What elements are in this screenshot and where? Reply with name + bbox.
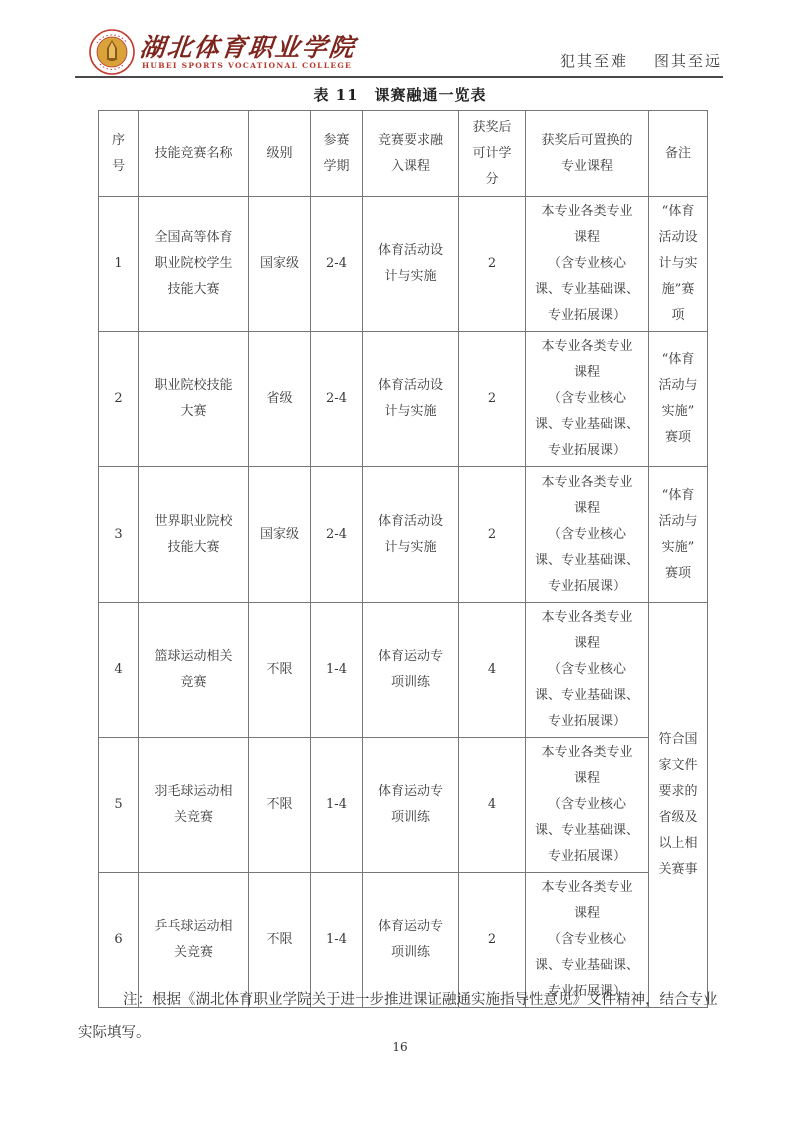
cell-course: 体育活动设 计与实施 bbox=[363, 467, 459, 603]
college-logo bbox=[88, 28, 136, 76]
logo-emblem-icon bbox=[88, 28, 136, 76]
col-header-credits: 获奖后 可计学 分 bbox=[459, 111, 526, 197]
header-row: 序 号 技能竞赛名称 级别 参赛 学期 竞赛要求融 入课程 获奖后 可计学 分 … bbox=[99, 111, 708, 197]
cell-replaceable-courses: 本专业各类专业 课程 （含专业核心 课、专业基础课、 专业拓展课） bbox=[526, 467, 649, 603]
table-row: 4 篮球运动相关 竞赛 不限 1-4 体育运动专 项训练 4 本专业各类专业 课… bbox=[99, 603, 708, 738]
cell-no: 2 bbox=[99, 332, 139, 467]
cell-course: 体育活动设 计与实施 bbox=[363, 197, 459, 332]
cell-no: 3 bbox=[99, 467, 139, 603]
cell-no: 4 bbox=[99, 603, 139, 738]
cell-credits: 2 bbox=[459, 197, 526, 332]
cell-level: 不限 bbox=[249, 603, 311, 738]
cell-competition-name: 篮球运动相关 竞赛 bbox=[139, 603, 249, 738]
col-header-course: 竞赛要求融 入课程 bbox=[363, 111, 459, 197]
cell-course: 体育运动专 项训练 bbox=[363, 603, 459, 738]
motto-right: 图其至远 bbox=[654, 52, 722, 70]
col-header-remark: 备注 bbox=[649, 111, 708, 197]
cell-credits: 2 bbox=[459, 467, 526, 603]
cell-level: 省级 bbox=[249, 332, 311, 467]
col-header-no: 序 号 bbox=[99, 111, 139, 197]
cell-course: 体育运动专 项训练 bbox=[363, 738, 459, 873]
col-header-semester: 参赛 学期 bbox=[311, 111, 363, 197]
cell-credits: 4 bbox=[459, 603, 526, 738]
table-row: 1 全国高等体育 职业院校学生 技能大赛 国家级 2-4 体育活动设 计与实施 … bbox=[99, 197, 708, 332]
cell-remark: “体育 活动与 实施” 赛项 bbox=[649, 467, 708, 603]
cell-no: 1 bbox=[99, 197, 139, 332]
cell-semester: 2-4 bbox=[311, 467, 363, 603]
cell-semester: 1-4 bbox=[311, 738, 363, 873]
college-name-english: HUBEI SPORTS VOCATIONAL COLLEGE bbox=[142, 61, 352, 70]
col-header-replaceable-courses: 获奖后可置换的 专业课程 bbox=[526, 111, 649, 197]
table-row: 2 职业院校技能 大赛 省级 2-4 体育活动设 计与实施 2 本专业各类专业 … bbox=[99, 332, 708, 467]
cell-credits: 4 bbox=[459, 738, 526, 873]
cell-semester: 2-4 bbox=[311, 197, 363, 332]
cell-competition-name: 羽毛球运动相 关竞赛 bbox=[139, 738, 249, 873]
cell-level: 国家级 bbox=[249, 197, 311, 332]
header-divider bbox=[75, 76, 723, 78]
cell-replaceable-courses: 本专业各类专业 课程 （含专业核心 课、专业基础课、 专业拓展课） bbox=[526, 738, 649, 873]
cell-course: 体育活动设 计与实施 bbox=[363, 332, 459, 467]
cell-level: 国家级 bbox=[249, 467, 311, 603]
motto-left: 犯其至难 bbox=[560, 52, 628, 70]
cell-competition-name: 世界职业院校 技能大赛 bbox=[139, 467, 249, 603]
table-row: 5 羽毛球运动相 关竞赛 不限 1-4 体育运动专 项训练 4 本专业各类专业 … bbox=[99, 738, 708, 873]
course-competition-table: 序 号 技能竞赛名称 级别 参赛 学期 竞赛要求融 入课程 获奖后 可计学 分 … bbox=[98, 110, 708, 1008]
cell-credits: 2 bbox=[459, 332, 526, 467]
cell-competition-name: 全国高等体育 职业院校学生 技能大赛 bbox=[139, 197, 249, 332]
college-name-calligraphy: 湖北体育职业学院 bbox=[138, 28, 358, 64]
table-title: 表 11 课赛融通一览表 bbox=[0, 84, 800, 105]
cell-semester: 2-4 bbox=[311, 332, 363, 467]
cell-level: 不限 bbox=[249, 738, 311, 873]
cell-remark: “体育 活动与 实施” 赛项 bbox=[649, 332, 708, 467]
table-row: 3 世界职业院校 技能大赛 国家级 2-4 体育活动设 计与实施 2 本专业各类… bbox=[99, 467, 708, 603]
page-number: 16 bbox=[0, 1040, 800, 1054]
cell-remark-merged: 符合国 家文件 要求的 省级及 以上相 关赛事 bbox=[649, 603, 708, 1008]
header-motto: 犯其至难图其至远 bbox=[560, 50, 722, 71]
cell-competition-name: 职业院校技能 大赛 bbox=[139, 332, 249, 467]
cell-semester: 1-4 bbox=[311, 603, 363, 738]
cell-replaceable-courses: 本专业各类专业 课程 （含专业核心 课、专业基础课、 专业拓展课） bbox=[526, 603, 649, 738]
document-page: 湖北体育职业学院 HUBEI SPORTS VOCATIONAL COLLEGE… bbox=[0, 0, 800, 1131]
cell-no: 5 bbox=[99, 738, 139, 873]
col-header-level: 级别 bbox=[249, 111, 311, 197]
cell-remark: “体育 活动设 计与实 施”赛 项 bbox=[649, 197, 708, 332]
cell-replaceable-courses: 本专业各类专业 课程 （含专业核心 课、专业基础课、 专业拓展课） bbox=[526, 332, 649, 467]
col-header-competition-name: 技能竞赛名称 bbox=[139, 111, 249, 197]
cell-replaceable-courses: 本专业各类专业 课程 （含专业核心 课、专业基础课、 专业拓展课） bbox=[526, 197, 649, 332]
